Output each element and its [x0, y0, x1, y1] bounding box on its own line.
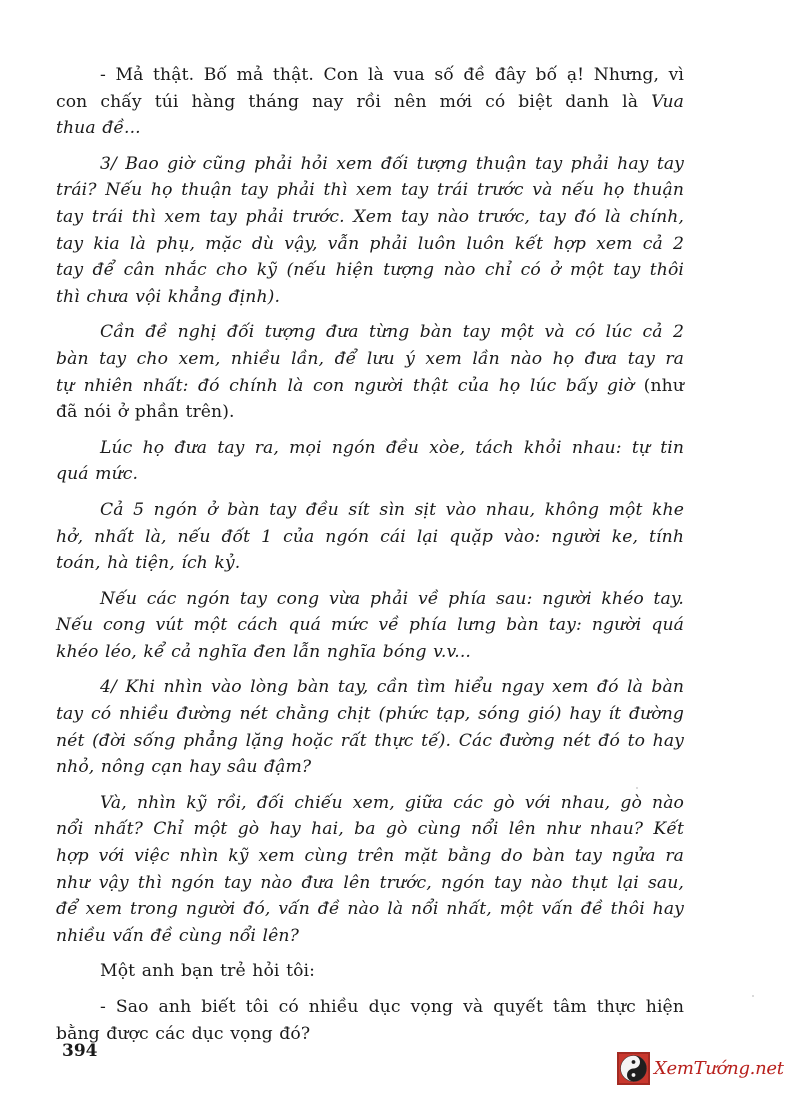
watermark-xemtuong: XemTướng.net	[617, 1049, 784, 1087]
text-line: Lúc họ đưa tay ra, mọi ngón đều xòe, tác…	[56, 435, 684, 462]
yin-yang-icon	[620, 1055, 647, 1082]
italic-fragment: tự nhiên nhất: đó chính là con người thậ…	[56, 376, 634, 396]
page-number: 394	[62, 1041, 98, 1061]
text-line: con chấy túi hàng tháng nay rồi nên mới …	[56, 89, 684, 116]
text-line: tự nhiên nhất: đó chính là con người thậ…	[56, 373, 684, 400]
watermark-text: XemTướng.net	[654, 1058, 784, 1079]
text-line: nhỏ, nông cạn hay sâu đậm?	[56, 754, 684, 781]
text-line: thua đề...	[56, 115, 684, 142]
text-line: - Sao anh biết tôi có nhiều dục vọng và …	[56, 994, 684, 1021]
text-line: Cần đề nghị đối tượng đưa từng bàn tay m…	[56, 319, 684, 346]
watermark-logo-box	[617, 1052, 650, 1085]
paragraph-fingers-spread: Lúc họ đưa tay ra, mọi ngón đều xòe, tác…	[56, 435, 684, 488]
text-line: nhiều vấn đề cùng nổi lên?	[56, 923, 684, 950]
paragraph-dialogue-question: - Sao anh biết tôi có nhiều dục vọng và …	[56, 994, 684, 1047]
text-line: đã nói ở phần trên).	[56, 399, 684, 426]
text-line: Nếu các ngón tay cong vừa phải về phía s…	[56, 586, 684, 613]
text-line: trái? Nếu họ thuận tay phải thì xem tay …	[56, 177, 684, 204]
text-line: tay kia là phụ, mặc dù vậy, vẫn phải luô…	[56, 231, 684, 258]
paragraph-young-friend-asks: Một anh bạn trẻ hỏi tôi:	[56, 958, 684, 985]
text-line: để xem trong người đó, vấn đề nào là nổi…	[56, 896, 684, 923]
text-line: Cả 5 ngón ở bàn tay đều sít sìn sịt vào …	[56, 497, 684, 524]
text-line: toán, hà tiện, ích kỷ.	[56, 550, 684, 577]
paragraph-fingers-tight: Cả 5 ngón ở bàn tay đều sít sìn sịt vào …	[56, 497, 684, 577]
book-page-body: - Mả thật. Bố mả thật. Con là vua số đề …	[56, 62, 684, 1056]
text-line: quá mức.	[56, 461, 684, 488]
paragraph-ask-show-hands: Cần đề nghị đối tượng đưa từng bàn tay m…	[56, 319, 684, 425]
text-line: 3/ Bao giờ cũng phải hỏi xem đối tượng t…	[56, 151, 684, 178]
scan-speck	[636, 787, 638, 789]
text-line: nổi nhất? Chỉ một gò hay hai, ba gò cùng…	[56, 816, 684, 843]
paragraph-mounts-compare: Và, nhìn kỹ rồi, đối chiếu xem, giữa các…	[56, 790, 684, 950]
paragraph-rule-3: 3/ Bao giờ cũng phải hỏi xem đối tượng t…	[56, 151, 684, 311]
paragraph-rule-4: 4/ Khi nhìn vào lòng bàn tay, cần tìm hi…	[56, 674, 684, 780]
text-line: 4/ Khi nhìn vào lòng bàn tay, cần tìm hi…	[56, 674, 684, 701]
text-line: thì chưa vội khẳng định).	[56, 284, 684, 311]
text-fragment: (như	[634, 376, 684, 396]
text-line: như vậy thì ngón tay nào đưa lên trước, …	[56, 870, 684, 897]
text-line: hợp với việc nhìn kỹ xem cùng trên mặt b…	[56, 843, 684, 870]
text-line: Và, nhìn kỹ rồi, đối chiếu xem, giữa các…	[56, 790, 684, 817]
scan-speck	[752, 995, 754, 997]
paragraph-fingers-curved: Nếu các ngón tay cong vừa phải về phía s…	[56, 586, 684, 666]
text-line: - Mả thật. Bố mả thật. Con là vua số đề …	[56, 62, 684, 89]
text-line: khéo léo, kể cả nghĩa đen lẫn nghĩa bóng…	[56, 639, 684, 666]
text-line: nét (đời sống phẳng lặng hoặc rất thực t…	[56, 728, 684, 755]
italic-fragment: Vua	[651, 92, 684, 112]
paragraph-dialogue-vua-so-de: - Mả thật. Bố mả thật. Con là vua số đề …	[56, 62, 684, 142]
text-line: tay để cân nhắc cho kỹ (nếu hiện tượng n…	[56, 257, 684, 284]
text-fragment: con chấy túi hàng tháng nay rồi nên mới …	[56, 92, 651, 112]
text-line: bàn tay cho xem, nhiều lần, để lưu ý xem…	[56, 346, 684, 373]
text-line: tay có nhiều đường nét chằng chịt (phức …	[56, 701, 684, 728]
text-line: Một anh bạn trẻ hỏi tôi:	[56, 958, 684, 985]
text-line: bằng được các dục vọng đó?	[56, 1021, 684, 1048]
text-line: tay trái thì xem tay phải trước. Xem tay…	[56, 204, 684, 231]
text-line: hở, nhất là, nếu đốt 1 của ngón cái lại …	[56, 524, 684, 551]
text-line: Nếu cong vút một cách quá mức về phía lư…	[56, 612, 684, 639]
